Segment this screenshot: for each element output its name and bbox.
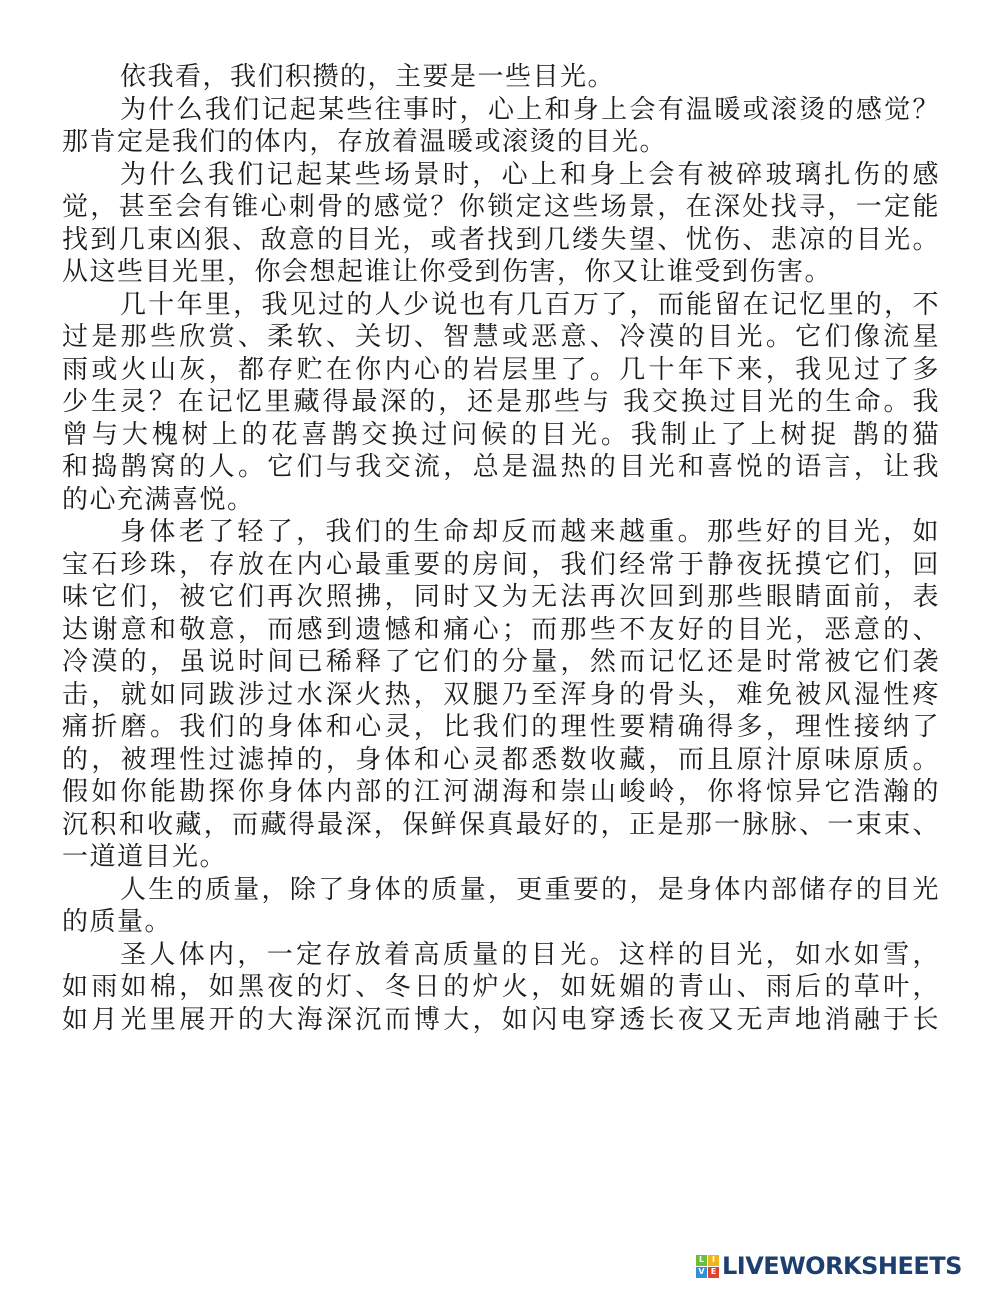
text-line: 的质量。 <box>62 906 940 939</box>
text-line: 击，就如同跋涉过水深火热，双腿乃至浑身的骨头，难免被风湿性疼 <box>62 679 940 712</box>
text-line: 依我看，我们积攒的，主要是一些目光。 <box>62 61 940 94</box>
text-line: 几十年里，我见过的人少说也有几百万了，而能留在记忆里的，不 <box>62 289 940 322</box>
text-line: 如月光里展开的大海深沉而博大，如闪电穿透长夜又无声地消融于长 <box>62 1004 940 1037</box>
text-line: 那肯定是我们的体内，存放着温暖或滚烫的目光。 <box>62 126 940 159</box>
logo-block-i: I <box>708 1255 719 1266</box>
text-line: 雨或火山灰，都存贮在你内心的岩层里了。几十年下来，我见过了多 <box>62 354 940 387</box>
text-line: 曾与大槐树上的花喜鹊交换过问候的目光。我制止了上树捉 鹊的猫 <box>62 419 940 452</box>
text-line: 沉积和收藏，而藏得最深，保鲜保真最好的，正是那一脉脉、一束束、 <box>62 809 940 842</box>
text-line: 找到几束凶狠、敌意的目光，或者找到几缕失望、忧伤、悲凉的目光。 <box>62 224 940 257</box>
text-line: 觉，甚至会有锥心刺骨的感觉？你锁定这些场景，在深处找寻，一定能 <box>62 191 940 224</box>
text-line: 痛折磨。我们的身体和心灵，比我们的理性要精确得多，理性接纳了 <box>62 711 940 744</box>
logo-icon: LIVE <box>696 1255 719 1278</box>
logo-block-v: V <box>696 1267 707 1278</box>
worksheet-page: 依我看，我们积攒的，主要是一些目光。为什么我们记起某些往事时，心上和身上会有温暖… <box>0 0 1000 1291</box>
text-line: 过是那些欣赏、柔软、关切、智慧或恶意、冷漠的目光。它们像流星 <box>62 321 940 354</box>
liveworksheets-logo: LIVE LIVEWORKSHEETS <box>696 1254 962 1278</box>
text-line: 一道道目光。 <box>62 841 940 874</box>
logo-block-l: L <box>696 1255 707 1266</box>
text-line: 圣人体内，一定存放着高质量的目光。这样的目光，如水如雪， <box>62 939 940 972</box>
text-line: 冷漠的，虽说时间已稀释了它们的分量，然而记忆还是时常被它们袭 <box>62 646 940 679</box>
text-line: 的，被理性过滤掉的，身体和心灵都悉数收藏，而且原汁原味原质。 <box>62 744 940 777</box>
text-line: 味它们，被它们再次照拂，同时又为无法再次回到那些眼睛面前，表 <box>62 581 940 614</box>
text-line: 为什么我们记起某些场景时，心上和身上会有被碎玻璃扎伤的感 <box>62 159 940 192</box>
logo-text: LIVEWORKSHEETS <box>722 1254 962 1278</box>
text-line: 人生的质量，除了身体的质量，更重要的，是身体内部储存的目光 <box>62 874 940 907</box>
text-line: 和捣鹊窝的人。它们与我交流，总是温热的目光和喜悦的语言，让我 <box>62 451 940 484</box>
text-line: 假如你能勘探你身体内部的江河湖海和崇山峻岭，你将惊异它浩瀚的 <box>62 776 940 809</box>
text-line: 宝石珍珠，存放在内心最重要的房间，我们经常于静夜抚摸它们，回 <box>62 549 940 582</box>
text-line: 身体老了轻了，我们的生命却反而越来越重。那些好的目光，如 <box>62 516 940 549</box>
text-line: 从这些目光里，你会想起谁让你受到伤害，你又让谁受到伤害。 <box>62 256 940 289</box>
essay-text: 依我看，我们积攒的，主要是一些目光。为什么我们记起某些往事时，心上和身上会有温暖… <box>62 61 940 1036</box>
text-line: 如雨如棉，如黑夜的灯、冬日的炉火，如妩媚的青山、雨后的草叶， <box>62 971 940 1004</box>
text-line: 的心充满喜悦。 <box>62 484 940 517</box>
text-line: 为什么我们记起某些往事时，心上和身上会有温暖或滚烫的感觉？ <box>62 94 940 127</box>
text-line: 达谢意和敬意，而感到遗憾和痛心；而那些不友好的目光，恶意的、 <box>62 614 940 647</box>
logo-block-e: E <box>708 1267 719 1278</box>
text-line: 少生灵？在记忆里藏得最深的，还是那些与 我交换过目光的生命。我 <box>62 386 940 419</box>
